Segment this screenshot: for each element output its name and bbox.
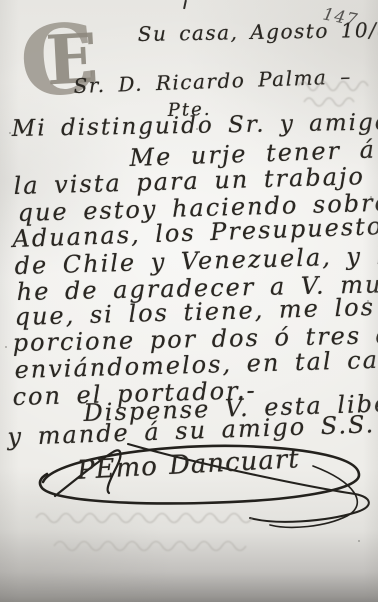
pen-tick-mark — [183, 0, 187, 9]
dust-speck — [9, 132, 11, 134]
dust-speck — [358, 540, 360, 542]
dust-speck — [367, 300, 369, 302]
bleedthrough-ghost-writing — [34, 506, 344, 558]
dust-speck — [370, 196, 372, 198]
dust-speck — [196, 128, 198, 130]
dust-speck — [5, 346, 7, 348]
letter-scan-page: 147 C E Su casa, Agosto 10/89 Sr. D. Ric… — [0, 0, 378, 602]
embossed-monogram: C E — [20, 12, 120, 116]
bleedthrough-ghost-writing — [296, 72, 374, 110]
date-line: Su casa, Agosto 10/89 — [138, 17, 378, 46]
